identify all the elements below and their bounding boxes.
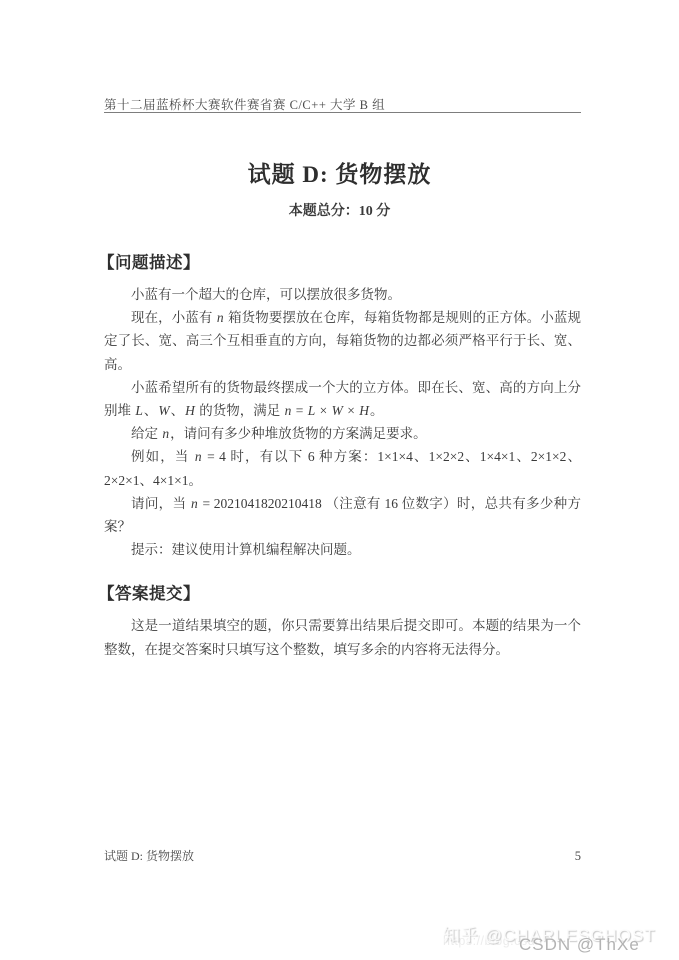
paragraph: 现在，小蓝有 n 箱货物要摆放在仓库，每箱货物都是规则的正方体。小蓝规定了长、宽… — [104, 306, 581, 376]
footer-document-title: 试题 D: 货物摆放 — [104, 847, 194, 864]
problem-description-heading: 【问题描述】 — [98, 249, 581, 273]
answer-submission-heading: 【答案提交】 — [98, 580, 581, 604]
text-run: 请问，当 — [131, 496, 190, 511]
text-run: 、 — [144, 403, 158, 418]
paragraph: 给定 n，请问有多少种堆放货物的方案满足要求。 — [104, 422, 581, 445]
math-variable: W — [157, 403, 170, 418]
document-body: 【问题描述】 小蓝有一个超大的仓库，可以摆放很多货物。 现在，小蓝有 n 箱货物… — [104, 249, 581, 661]
math-variable: H — [184, 403, 196, 418]
text-run: 。 — [370, 403, 384, 418]
section-answer-submission: 【答案提交】 这是一道结果填空的题，你只需要算出结果后提交即可。本题的结果为一个… — [104, 580, 581, 660]
math-variable: L — [134, 403, 144, 418]
text-run: × — [316, 403, 330, 418]
paragraph: 例如，当 n = 4 时，有以下 6 种方案：1×1×4、1×2×2、1×4×1… — [104, 445, 581, 491]
document-footer: 试题 D: 货物摆放 5 — [104, 847, 581, 864]
paragraph: 请问，当 n = 2021041820210418 （注意有 16 位数字）时，… — [104, 492, 581, 538]
math-variable: n — [194, 449, 203, 464]
watermark-blog-url: https://blog.csdn — [443, 934, 543, 948]
footer-page-number: 5 — [575, 849, 581, 864]
text-run: 、 — [171, 403, 185, 418]
math-variable: n — [190, 496, 199, 511]
text-run: × — [344, 403, 358, 418]
header-rule-divider — [104, 112, 581, 113]
text-run: = — [292, 403, 306, 418]
text-run: 小蓝有一个超大的仓库，可以摆放很多货物。 — [131, 287, 401, 302]
text-run: 给定 — [131, 426, 161, 441]
paragraph: 这是一道结果填空的题，你只需要算出结果后提交即可。本题的结果为一个整数，在提交答… — [104, 614, 581, 660]
text-run: 提示：建议使用计算机编程解决问题。 — [131, 542, 361, 557]
math-variable: L — [307, 403, 317, 418]
paragraph: 小蓝有一个超大的仓库，可以摆放很多货物。 — [104, 283, 581, 306]
watermark-csdn: CSDN @ThXe — [519, 935, 640, 955]
text-run: 现在，小蓝有 — [131, 310, 216, 325]
math-variable: n — [161, 426, 170, 441]
document-header: 第十二届蓝桥杯大赛软件赛省赛 C/C++ 大学 B 组 — [104, 95, 581, 113]
math-variable: W — [331, 403, 344, 418]
total-score-subtitle: 本题总分：10 分 — [0, 200, 679, 220]
text-run: 的货物，满足 — [196, 403, 284, 418]
text-run: ，请问有多少种堆放货物的方案满足要求。 — [170, 426, 427, 441]
document-page: { "header": { "course_line": "第十二届蓝桥杯大赛软… — [0, 0, 679, 960]
paragraph: 提示：建议使用计算机编程解决问题。 — [104, 538, 581, 561]
text-run: 例如，当 — [131, 449, 194, 464]
text-run: 这是一道结果填空的题，你只需要算出结果后提交即可。本题的结果为一个整数，在提交答… — [104, 618, 581, 656]
paragraph: 小蓝希望所有的货物最终摆成一个大的立方体。即在长、宽、高的方向上分别堆 L、W、… — [104, 376, 581, 422]
section-problem-description: 【问题描述】 小蓝有一个超大的仓库，可以摆放很多货物。 现在，小蓝有 n 箱货物… — [104, 249, 581, 561]
watermark-zhihu: 知乎 @CHARLESGHOST — [443, 921, 656, 946]
page-title: 试题 D: 货物摆放 — [0, 156, 679, 189]
math-variable: H — [358, 403, 370, 418]
math-variable: n — [216, 310, 225, 325]
